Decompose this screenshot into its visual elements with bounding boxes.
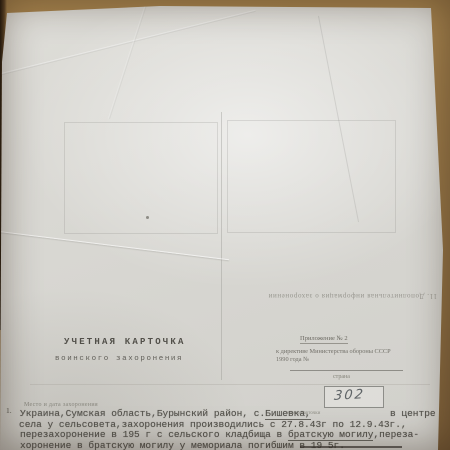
showthrough-frame-left xyxy=(64,122,218,234)
section1-number: 1. xyxy=(6,406,12,415)
section1-line3: перезахоронение в 195 г с сельского клад… xyxy=(20,429,419,440)
line1-text: Украина,Сумская область,Бурынский район,… xyxy=(20,408,265,419)
preprinted-form-line xyxy=(300,446,402,448)
country-label: страна xyxy=(333,374,350,380)
line3-text: перезахоронение в 195 г с сельского клад… xyxy=(20,429,288,440)
section1-line1-end: в центре xyxy=(390,408,436,419)
upside-down-form-text: 11. Дополнительная информация о захороне… xyxy=(203,292,437,300)
country-fill-line xyxy=(290,370,403,371)
section1-line4: хоронение в братскую могилу у мемориала … xyxy=(20,440,345,450)
paper-sheet: 11. Дополнительная информация о захороне… xyxy=(0,0,450,450)
section1-line1: Украина,Сумская область,Бурынский район,… xyxy=(20,408,311,419)
paper-crease xyxy=(0,10,256,85)
document-title: УЧЕТНАЯ КАРТОЧКА xyxy=(64,337,186,347)
section1-line2: села у сельсовета,захоронения производил… xyxy=(19,419,407,430)
paper-crease xyxy=(108,0,150,119)
photo-background: 11. Дополнительная информация о захороне… xyxy=(0,0,450,450)
document-subtitle: воинского захоронения xyxy=(55,355,183,363)
card-number-handwritten: 302 xyxy=(333,387,365,404)
annex-directive-line1: к директиве Министерства обороны СССР xyxy=(276,348,421,355)
annex-directive-line2: 1990 года № xyxy=(276,356,309,363)
paper-fold-line xyxy=(221,112,222,380)
annex-number: Приложение № 2 xyxy=(300,335,348,344)
paper-fold-line xyxy=(30,384,430,385)
line3-hyphenated: ,переза- xyxy=(373,429,419,440)
showthrough-frame-right xyxy=(227,120,396,233)
